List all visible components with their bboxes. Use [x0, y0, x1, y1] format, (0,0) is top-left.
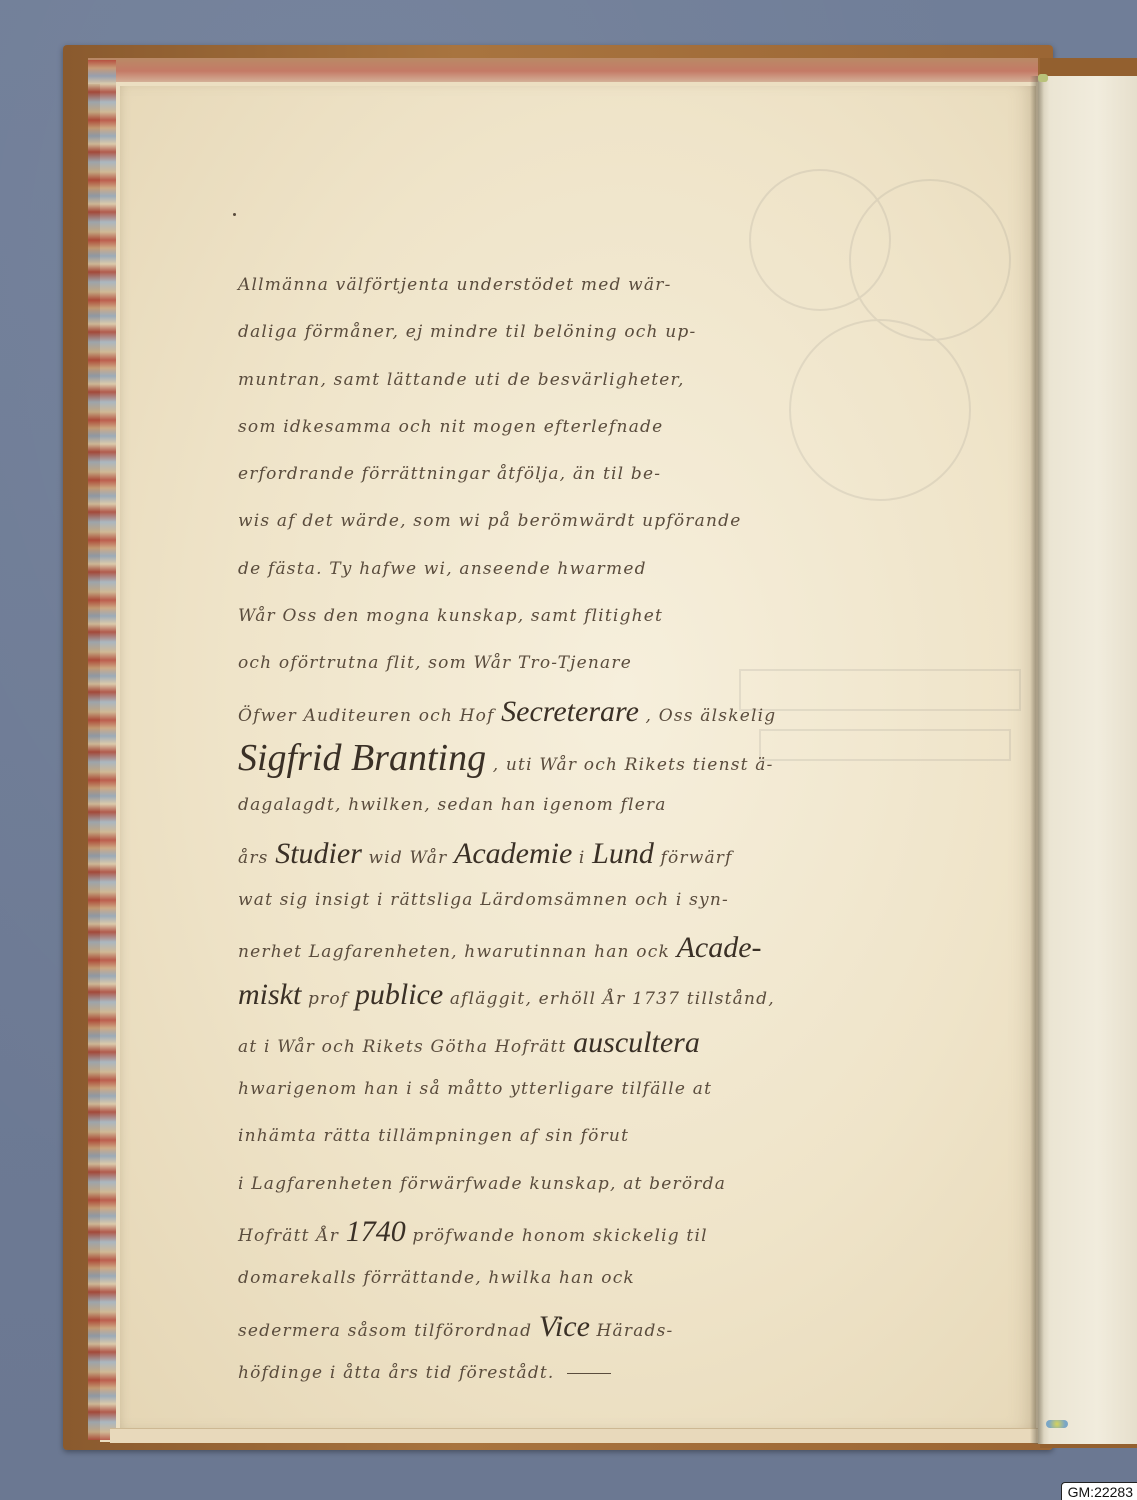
manuscript-line: Öfwer Auditeuren och Hof Secreterare , O… — [238, 688, 978, 735]
closing-flourish — [567, 1373, 611, 1374]
manuscript-line: som idkesamma och nit mogen efterlefnade — [238, 404, 978, 451]
kurrent-text: daliga förmåner, ej mindre til belöning … — [238, 322, 696, 342]
manuscript-line: och oförtrutna flit, som Wår Tro-Tjenare — [238, 640, 978, 687]
binding-thread-bottom — [1046, 1420, 1068, 1428]
kurrent-text: och oförtrutna flit, som Wår Tro-Tjenare — [238, 653, 632, 673]
kurrent-text: sedermera såsom tilförordnad — [238, 1321, 532, 1341]
kurrent-text: nerhet Lagfarenheten, hwarutinnan han oc… — [238, 942, 670, 962]
manuscript-line: sedermera såsom tilförordnad Vice Härads… — [238, 1303, 978, 1350]
latin-script-word: Academie — [454, 837, 572, 870]
kurrent-text: inhämta rätta tillämpningen af sin förut — [238, 1126, 629, 1146]
manuscript-line: wat sig insigt i rättsliga Lärdomsämnen … — [238, 877, 978, 924]
manuscript-line: wis af det wärde, som wi på berömwärdt u… — [238, 498, 978, 545]
kurrent-text: förwärf — [660, 848, 732, 868]
manuscript-line: hwarigenom han i så måtto ytterligare ti… — [238, 1066, 978, 1113]
marbled-endpaper — [88, 60, 116, 1440]
kurrent-text: som idkesamma och nit mogen efterlefnade — [238, 417, 663, 437]
manuscript-line: muntran, samt lättande uti de besvärligh… — [238, 357, 978, 404]
manuscript-line: de fästa. Ty hafwe wi, anseende hwarmed — [238, 546, 978, 593]
archive-label: GM:22283 — [1061, 1482, 1137, 1500]
facing-page — [1038, 76, 1137, 1444]
kurrent-text: Härads- — [597, 1321, 674, 1341]
latin-script-word: Lund — [592, 837, 654, 870]
manuscript-line: Wår Oss den mogna kunskap, samt flitighe… — [238, 593, 978, 640]
manuscript-line: erfordrande förrättningar åtfölja, än ti… — [238, 451, 978, 498]
latin-script-word: Sigfrid Branting — [238, 737, 486, 779]
kurrent-text: hwarigenom han i så måtto ytterligare ti… — [238, 1079, 712, 1099]
kurrent-text: dagalagdt, hwilken, sedan han igenom fle… — [238, 795, 667, 815]
manuscript-line: års Studier wid Wår Academie i Lund förw… — [238, 830, 978, 877]
latin-script-word: publice — [355, 978, 443, 1011]
manuscript-line: inhämta rätta tillämpningen af sin förut — [238, 1113, 978, 1160]
manuscript-line: i Lagfarenheten förwärfwade kunskap, at … — [238, 1161, 978, 1208]
kurrent-text: wis af det wärde, som wi på berömwärdt u… — [238, 511, 741, 531]
kurrent-text: års — [238, 848, 269, 868]
manuscript-line: domarekalls förrättande, hwilka han ock — [238, 1255, 978, 1302]
kurrent-text: höfdinge i åtta års tid förestådt. — [238, 1363, 555, 1383]
manuscript-line: daliga förmåner, ej mindre til belöning … — [238, 309, 978, 356]
manuscript-line: nerhet Lagfarenheten, hwarutinnan han oc… — [238, 924, 978, 971]
manuscript-line: höfdinge i åtta års tid förestådt. — [238, 1350, 978, 1397]
manuscript-line: Allmänna välförtjenta understödet med wä… — [238, 262, 978, 309]
kurrent-text: wid Wår — [368, 848, 447, 868]
kurrent-text: Hofrätt År — [238, 1226, 339, 1246]
book-gutter — [1030, 76, 1044, 1444]
manuscript-line: dagalagdt, hwilken, sedan han igenom fle… — [238, 782, 978, 829]
latin-script-word: Acade- — [677, 931, 762, 964]
kurrent-text: de fästa. Ty hafwe wi, anseende hwarmed — [238, 559, 647, 579]
kurrent-text: domarekalls förrättande, hwilka han ock — [238, 1268, 635, 1288]
kurrent-text: muntran, samt lättande uti de besvärligh… — [238, 370, 685, 390]
kurrent-text: , uti Wår och Rikets tienst ä- — [493, 755, 774, 775]
kurrent-text: erfordrande förrättningar åtfölja, än ti… — [238, 464, 661, 484]
kurrent-text: Wår Oss den mogna kunskap, samt flitighe… — [238, 606, 663, 626]
manuscript-text: Allmänna välförtjenta understödet med wä… — [238, 262, 978, 1397]
latin-script-word: Secreterare — [501, 695, 639, 728]
manuscript-line: Sigfrid Branting , uti Wår och Rikets ti… — [238, 735, 978, 782]
manuscript-line: Hofrätt År 1740 pröfwande honom skickeli… — [238, 1208, 978, 1255]
kurrent-text: afläggit, erhöll År 1737 tillstånd, — [450, 989, 775, 1009]
latin-script-word: miskt — [238, 978, 301, 1011]
latin-script-word: 1740 — [346, 1215, 406, 1248]
latin-script-word: Vice — [539, 1310, 590, 1343]
manuscript-line: at i Wår och Rikets Götha Hofrätt auscul… — [238, 1019, 978, 1066]
kurrent-text: , Oss älskelig — [646, 706, 777, 726]
page-bottom-fold — [110, 1428, 1040, 1443]
endpaper-top-edge — [88, 58, 1038, 84]
kurrent-text: i Lagfarenheten förwärfwade kunskap, at … — [238, 1174, 726, 1194]
kurrent-text: wat sig insigt i rättsliga Lärdomsämnen … — [238, 890, 729, 910]
kurrent-text: at i Wår och Rikets Götha Hofrätt — [238, 1037, 567, 1057]
latin-script-word: auscultera — [573, 1026, 700, 1059]
manuscript-line: miskt prof publice afläggit, erhöll År 1… — [238, 971, 978, 1018]
kurrent-text: pröfwande honom skickelig til — [412, 1226, 707, 1246]
ink-speck — [233, 213, 236, 216]
kurrent-text: i — [579, 848, 586, 868]
kurrent-text: Öfwer Auditeuren och Hof — [238, 706, 495, 726]
kurrent-text: prof — [308, 989, 348, 1009]
kurrent-text: Allmänna välförtjenta understödet med wä… — [238, 275, 672, 295]
latin-script-word: Studier — [275, 837, 362, 870]
binding-thread-top — [1038, 74, 1048, 82]
